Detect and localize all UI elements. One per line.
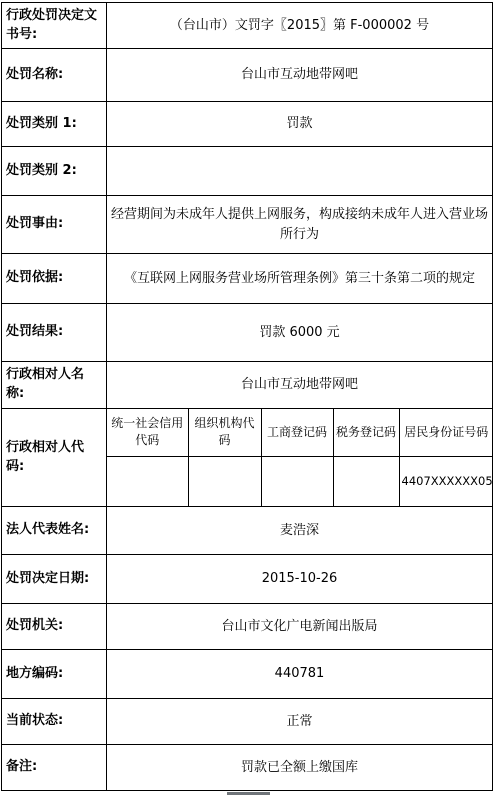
row-label-remarks: 备注: xyxy=(2,745,107,791)
value-tax-registration-code xyxy=(333,456,399,506)
row-label-document-number: 行政处罚决定文书号: xyxy=(2,3,107,49)
row-value-penalty-result: 罚款 6000 元 xyxy=(107,304,493,362)
table-row: 处罚结果: 罚款 6000 元 xyxy=(2,304,493,362)
row-value-party-name: 台山市互动地带网吧 xyxy=(107,362,493,409)
row-value-decision-date: 2015-10-26 xyxy=(107,555,493,604)
table-row: 处罚事由: 经营期间为未成年人提供上网服务，构成接纳未成年人进入营业场所行为 xyxy=(2,196,493,254)
party-codes-header-row: 统一社会信用代码 组织机构代码 工商登记码 税务登记码 居民身份证号码 xyxy=(107,409,493,456)
row-value-legal-representative: 麦浩深 xyxy=(107,507,493,555)
row-label-penalty-result: 处罚结果: xyxy=(2,304,107,362)
table-row: 备注: 罚款已全额上缴国库 xyxy=(2,745,493,791)
table-row: 行政处罚决定文书号: （台山市）文罚字〖2015〗第 F-000002 号 xyxy=(2,3,493,49)
row-value-penalty-category-2 xyxy=(107,147,493,196)
row-value-penalty-reason: 经营期间为未成年人提供上网服务，构成接纳未成年人进入营业场所行为 xyxy=(107,196,493,254)
row-value-penalty-name: 台山市互动地带网吧 xyxy=(107,49,493,102)
value-resident-id-number: 4407XXXXXX057 xyxy=(399,456,493,506)
row-label-penalty-authority: 处罚机关: xyxy=(2,604,107,650)
row-label-party-codes: 行政相对人代码: xyxy=(2,409,107,507)
value-organization-code xyxy=(188,456,261,506)
header-tax-registration-code: 税务登记码 xyxy=(333,409,399,456)
row-label-party-name: 行政相对人名称: xyxy=(2,362,107,409)
row-label-penalty-category-1: 处罚类别 1: xyxy=(2,102,107,147)
row-value-document-number: （台山市）文罚字〖2015〗第 F-000002 号 xyxy=(107,3,493,49)
party-codes-value-row: 4407XXXXXX057 xyxy=(107,456,493,506)
page: { "table": { "border_color": "#000000", … xyxy=(0,0,498,797)
row-label-penalty-category-2: 处罚类别 2: xyxy=(2,147,107,196)
horizontal-scrollbar-thumb[interactable] xyxy=(227,792,270,795)
value-business-registration-code xyxy=(261,456,333,506)
table-row: 法人代表姓名: 麦浩深 xyxy=(2,507,493,555)
row-label-region-code: 地方编码: xyxy=(2,650,107,699)
row-value-current-status: 正常 xyxy=(107,699,493,745)
party-codes-cell: 统一社会信用代码 组织机构代码 工商登记码 税务登记码 居民身份证号码 4407… xyxy=(107,409,493,507)
header-resident-id-number: 居民身份证号码 xyxy=(399,409,493,456)
row-value-penalty-basis: 《互联网上网服务营业场所管理条例》第三十条第二项的规定 xyxy=(107,254,493,304)
header-unified-social-credit-code: 统一社会信用代码 xyxy=(107,409,188,456)
table-row: 地方编码: 440781 xyxy=(2,650,493,699)
penalty-record-table: 行政处罚决定文书号: （台山市）文罚字〖2015〗第 F-000002 号 处罚… xyxy=(1,2,493,791)
row-value-remarks: 罚款已全额上缴国库 xyxy=(107,745,493,791)
row-value-penalty-category-1: 罚款 xyxy=(107,102,493,147)
table-row: 处罚类别 1: 罚款 xyxy=(2,102,493,147)
value-unified-social-credit-code xyxy=(107,456,188,506)
row-label-legal-representative: 法人代表姓名: xyxy=(2,507,107,555)
row-value-region-code: 440781 xyxy=(107,650,493,699)
header-organization-code: 组织机构代码 xyxy=(188,409,261,456)
row-label-penalty-name: 处罚名称: xyxy=(2,49,107,102)
party-codes-table: 统一社会信用代码 组织机构代码 工商登记码 税务登记码 居民身份证号码 4407… xyxy=(107,409,493,506)
header-business-registration-code: 工商登记码 xyxy=(261,409,333,456)
table-row-party-codes: 行政相对人代码: 统一社会信用代码 组织机构代码 工商登记码 xyxy=(2,409,493,507)
row-label-penalty-reason: 处罚事由: xyxy=(2,196,107,254)
table-row: 处罚机关: 台山市文化广电新闻出版局 xyxy=(2,604,493,650)
table-row: 行政相对人名称: 台山市互动地带网吧 xyxy=(2,362,493,409)
table-row: 处罚依据: 《互联网上网服务营业场所管理条例》第三十条第二项的规定 xyxy=(2,254,493,304)
row-label-current-status: 当前状态: xyxy=(2,699,107,745)
row-value-penalty-authority: 台山市文化广电新闻出版局 xyxy=(107,604,493,650)
row-label-decision-date: 处罚决定日期: xyxy=(2,555,107,604)
table-row: 处罚名称: 台山市互动地带网吧 xyxy=(2,49,493,102)
table-row: 处罚类别 2: xyxy=(2,147,493,196)
table-row: 处罚决定日期: 2015-10-26 xyxy=(2,555,493,604)
table-row: 当前状态: 正常 xyxy=(2,699,493,745)
row-label-penalty-basis: 处罚依据: xyxy=(2,254,107,304)
